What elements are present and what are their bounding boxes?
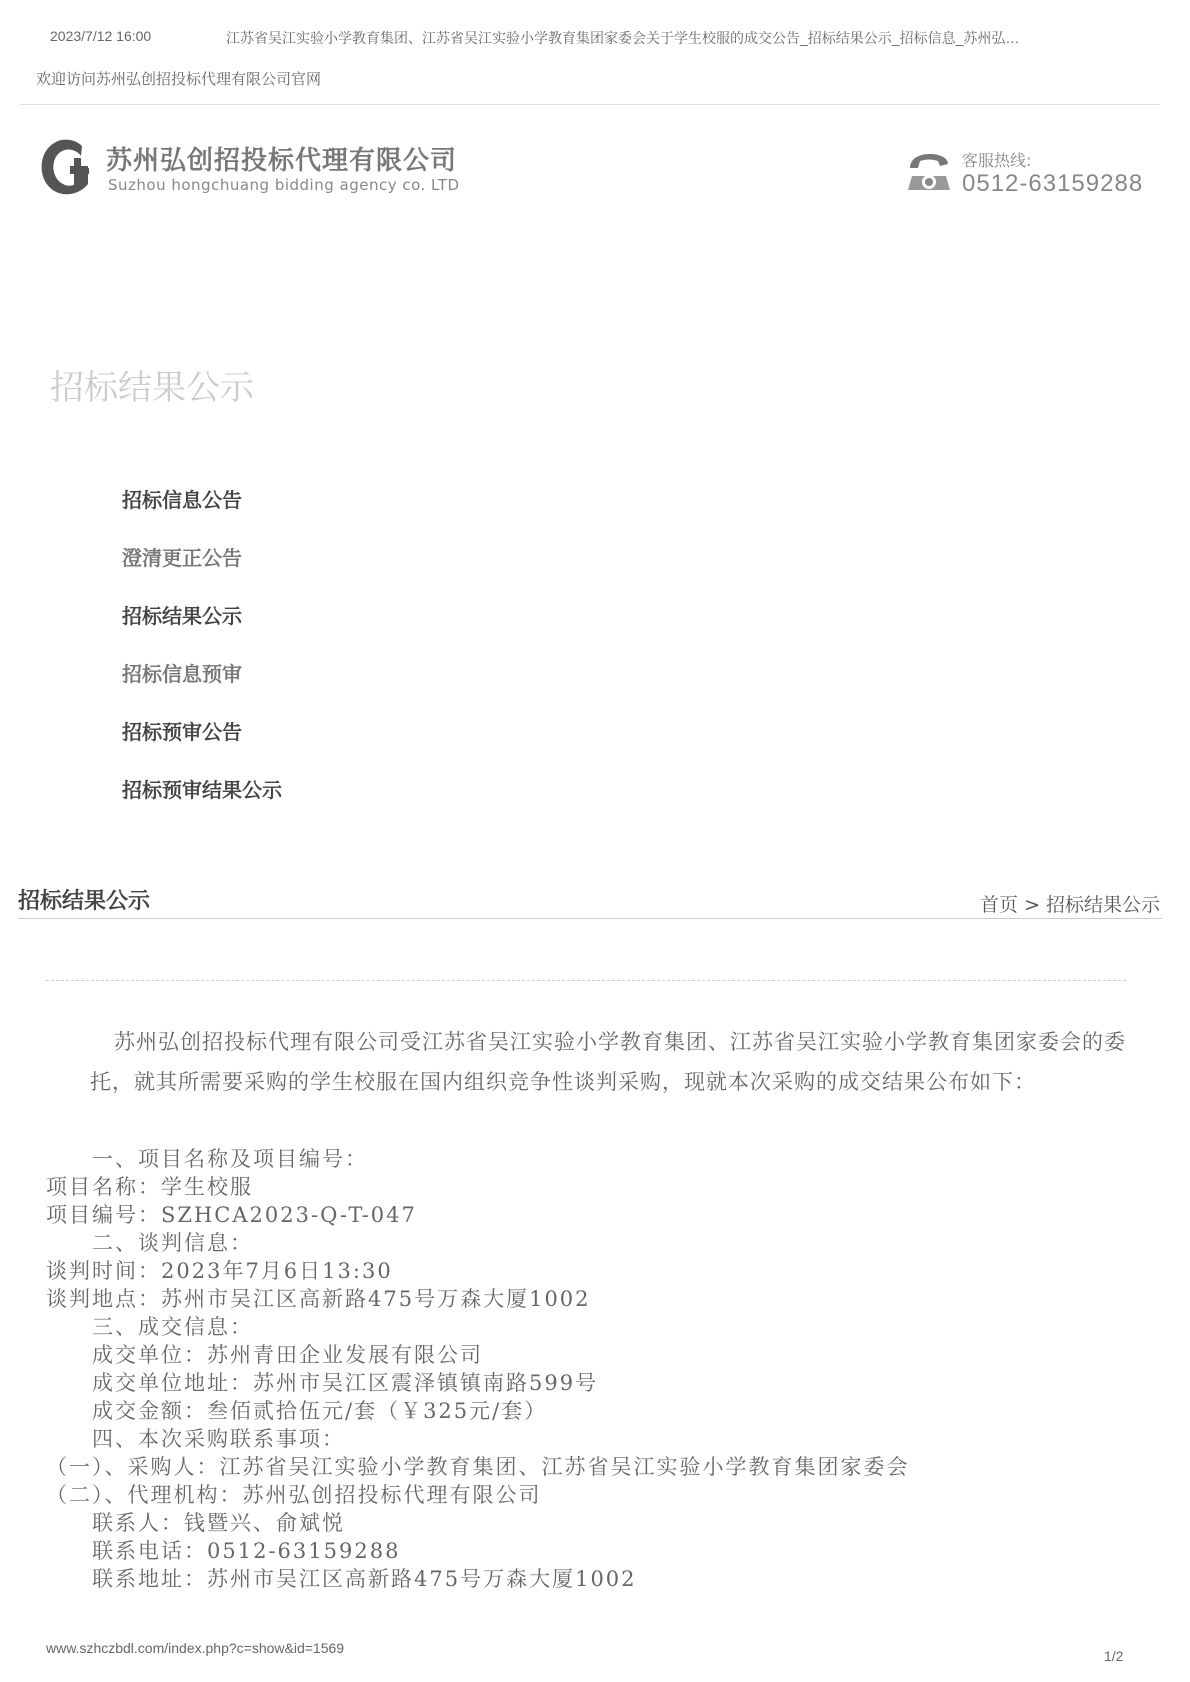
section-heading: 二、谈判信息： bbox=[92, 1227, 253, 1257]
nav-item-prequal-results[interactable]: 招标预审结果公示 bbox=[122, 774, 282, 803]
section-heading: 四、本次采购联系事项： bbox=[92, 1423, 345, 1453]
breadcrumb-home-link[interactable]: 首页 bbox=[980, 894, 1018, 916]
nav-item-clarification[interactable]: 澄清更正公告 bbox=[122, 542, 242, 571]
dashed-divider bbox=[46, 980, 1126, 981]
content-title: 招标结果公示 bbox=[18, 884, 150, 915]
purchaser: （一）、采购人：江苏省吴江实验小学教育集团、江苏省吴江实验小学教育集团家委会 bbox=[46, 1451, 910, 1481]
divider bbox=[20, 104, 1160, 105]
project-name: 项目名称：学生校服 bbox=[46, 1171, 253, 1201]
breadcrumb-separator: > bbox=[1024, 894, 1040, 916]
company-name-cn: 苏州弘创招投标代理有限公司 bbox=[106, 140, 457, 177]
nav-item-prequal-info[interactable]: 招标信息预审 bbox=[122, 658, 242, 687]
nav-item-prequal-notice[interactable]: 招标预审公告 bbox=[122, 716, 242, 745]
hotline-number: 0512-63159288 bbox=[962, 170, 1143, 198]
nav-item-bid-info[interactable]: 招标信息公告 bbox=[122, 484, 242, 513]
print-page-number: 1/2 bbox=[1104, 1648, 1123, 1664]
negotiation-time: 谈判时间：2023年7月6日13:30 bbox=[46, 1255, 393, 1285]
print-date: 2023/7/12 16:00 bbox=[50, 28, 151, 44]
welcome-text: 欢迎访问苏州弘创招投标代理有限公司官网 bbox=[36, 68, 321, 89]
company-logo-icon[interactable] bbox=[36, 136, 96, 198]
print-page-title: 江苏省吴江实验小学教育集团、江苏省吴江实验小学教育集团家委会关于学生校服的成交公… bbox=[226, 28, 1019, 48]
nav-item-bid-results[interactable]: 招标结果公示 bbox=[122, 600, 242, 629]
company-name-en: Suzhou hongchuang bidding agency co. LTD bbox=[108, 176, 460, 194]
negotiation-location: 谈判地点：苏州市吴江区高新路475号万森大厦1002 bbox=[46, 1283, 591, 1313]
agency: （二）、代理机构：苏州弘创招投标代理有限公司 bbox=[46, 1479, 542, 1509]
project-number: 项目编号：SZHCA2023-Q-T-047 bbox=[46, 1199, 417, 1229]
contract-amount: 成交金额：叁佰贰拾伍元/套（￥325元/套） bbox=[92, 1395, 547, 1425]
print-url: www.szhczbdl.com/index.php?c=show&id=156… bbox=[46, 1640, 344, 1656]
announcement-intro: 苏州弘创招投标代理有限公司受江苏省吴江实验小学教育集团、江苏省吴江实验小学教育集… bbox=[90, 1022, 1130, 1102]
contact-phone: 联系电话：0512-63159288 bbox=[92, 1535, 400, 1565]
breadcrumb-current[interactable]: 招标结果公示 bbox=[1046, 894, 1160, 916]
section-heading: 一、项目名称及项目编号： bbox=[92, 1143, 368, 1173]
winning-bidder-address: 成交单位地址：苏州市吴江区震泽镇镇南路599号 bbox=[92, 1367, 598, 1397]
contact-address: 联系地址：苏州市吴江区高新路475号万森大厦1002 bbox=[92, 1563, 637, 1593]
contact-person: 联系人：钱暨兴、俞斌悦 bbox=[92, 1507, 345, 1537]
section-banner-title: 招标结果公示 bbox=[50, 360, 254, 409]
winning-bidder: 成交单位：苏州青田企业发展有限公司 bbox=[92, 1339, 483, 1369]
phone-icon bbox=[906, 150, 952, 194]
section-heading: 三、成交信息： bbox=[92, 1311, 253, 1341]
breadcrumb: 首页>招标结果公示 bbox=[980, 890, 1160, 917]
divider bbox=[18, 918, 1162, 919]
hotline-label: 客服热线: bbox=[962, 148, 1031, 171]
